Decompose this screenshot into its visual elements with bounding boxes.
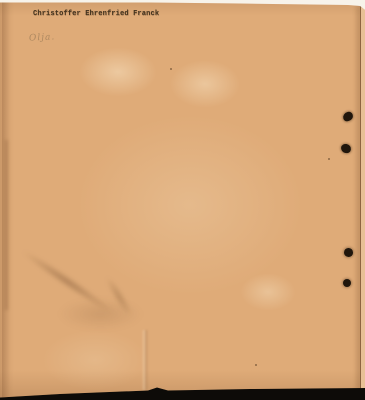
crease-shadow — [5, 140, 8, 310]
ink-dot — [343, 279, 351, 287]
paper-card: Christoffer Ehrenfried Franck Olja. — [0, 0, 365, 400]
edge-shadow — [2, 0, 10, 400]
typed-heading: Christoffer Ehrenfried Franck — [33, 10, 159, 18]
paper-speck — [328, 158, 330, 160]
paper-speck — [170, 68, 172, 70]
paper-speck — [255, 364, 257, 366]
crease-shadow — [58, 298, 143, 330]
ink-dot — [340, 143, 351, 154]
page-edge-sliver — [361, 6, 365, 400]
scanned-document: Christoffer Ehrenfried Franck Olja. — [0, 0, 365, 400]
crease-shadow — [103, 275, 135, 319]
ink-dot — [342, 111, 354, 122]
ink-dot — [344, 248, 353, 257]
crease-shadow — [19, 247, 116, 317]
handwritten-note: Olja. — [29, 32, 56, 43]
crease-shadow — [142, 330, 148, 390]
